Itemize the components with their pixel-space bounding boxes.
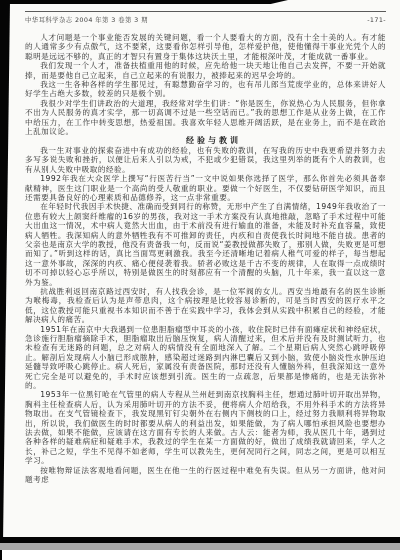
scan-border-left: [0, 0, 10, 543]
header-rule: [25, 11, 386, 12]
paragraph: 1953年一位黑钉呛在气管里的病人专程从兰州赶到南京找胸科主任，想通过肺叶切开取…: [25, 390, 386, 465]
paragraph: 我一生对事业的探索奋进中有成功的经验，也有失败的教训，在写我的历史中我更希望并努…: [25, 146, 386, 174]
paragraph: 我这一生各种各样的学生都见过，有聪慧勤奋学习的，也有吊儿郎当荒废学业的，总体来讲…: [25, 80, 386, 99]
paragraph: 抗战胜利返回南京路过西安时，有人找我会诊，是一位军阀的女儿。西安当地最有名的医生…: [25, 287, 386, 325]
scanned-journal-page: 中华耳科学杂志 2004 年第 3 卷第 3 期 -171- 人才问题是一个事业…: [0, 0, 400, 560]
paragraph: 按唯物辩证法客观地看问题，医生在他一生的行医过程中难免有失误。但从另一方面讲，他…: [25, 466, 386, 485]
scan-border-lower-left: [0, 550, 2, 560]
scan-margin-below: [2, 550, 400, 560]
paragraph: 1992年我在大众医学上撰写“行医苦行当”一文中说如果你选择了医学，那么你首先必…: [25, 174, 386, 202]
paragraph: 1951年在南京中大我遇到一位患胆脂瘤型中耳炎的小孩，收住院时已伴有面瘫症状和神…: [25, 325, 386, 391]
paragraph: 人才问题是一个事业能否发展的关键问题，看一个人要看大的方面，没有十全十美的人。有…: [25, 33, 386, 61]
article-body: 人才问题是一个事业能否发展的关键问题，看一个人要看大的方面，没有十全十美的人。有…: [25, 33, 386, 485]
section-heading: 经验与教训: [25, 136, 386, 145]
paragraph: 在年轻时代我因手术快捷、准确而受到同行的称赞，无形中产生了自满情绪，1949年我…: [25, 202, 386, 287]
paragraph: 我很少对学生们讲政治的大道理，我经常对学生们讲：“你是医生，你说热心为人民服务，…: [25, 99, 386, 137]
page-number: -171-: [367, 16, 386, 24]
page-content: 中华耳科学杂志 2004 年第 3 卷第 3 期 -171- 人才问题是一个事业…: [25, 11, 386, 485]
running-head: 中华耳科学杂志 2004 年第 3 卷第 3 期 -171-: [25, 15, 386, 24]
paragraph: 我们发现一个人才，准备扶植重用他的时候，应先给他一块天地让他自己去发挥，不要一开…: [25, 61, 386, 80]
scan-border-top: [0, 0, 288, 4]
scanner-bed-strip: [0, 543, 400, 550]
journal-title: 中华耳科学杂志 2004 年第 3 卷第 3 期: [25, 15, 148, 24]
